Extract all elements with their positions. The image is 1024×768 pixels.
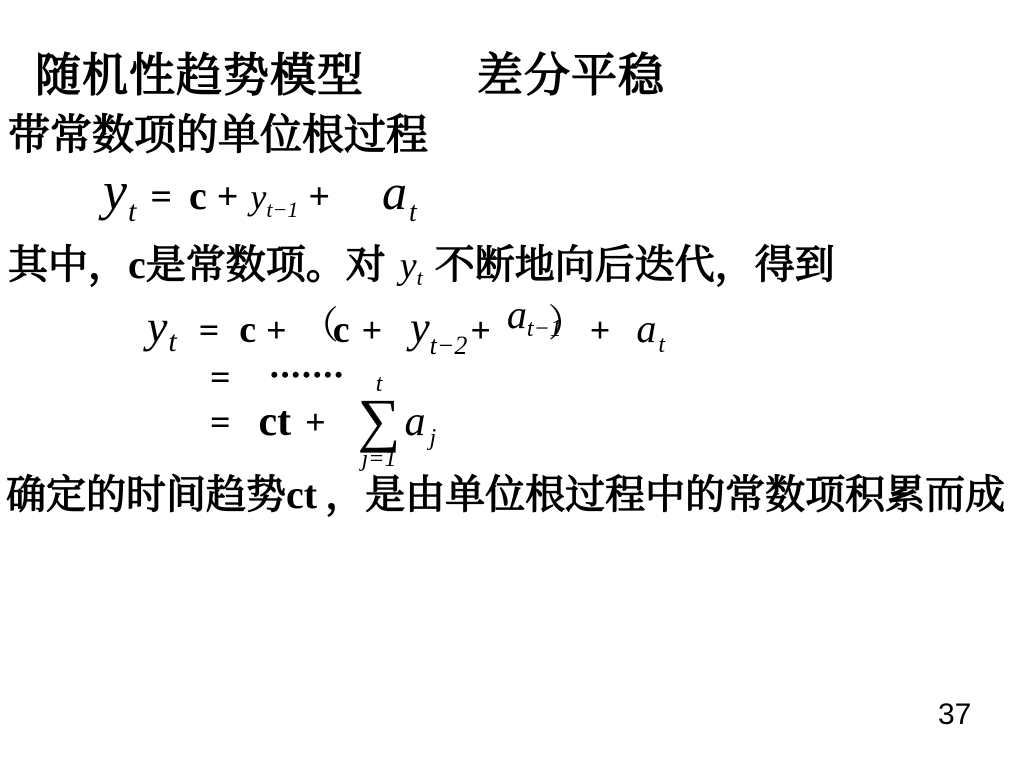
eq2-plus-sign-2: + <box>362 309 383 351</box>
eq1-lag-var: y <box>250 176 266 218</box>
paragraph-iterate: 其中，c是常数项。对yt不断地向后迭代，得到 <box>8 244 835 287</box>
eq2-shock2-var: a <box>636 305 656 352</box>
eq2-plus-sign-1: + <box>266 309 287 351</box>
paragraph-conclusion: 确定的时间趋势ct，是由单位根过程中的常数项积累而成 <box>6 474 1005 516</box>
paragraph-conclusion-comma: ， <box>325 472 365 517</box>
eq1-constant: c <box>189 172 207 219</box>
eq2-shock2-subscript: t <box>658 332 665 359</box>
slide-title-right: 差分平稳 <box>477 52 665 100</box>
eq1-shock-subscript: t <box>409 197 417 229</box>
eq4-trend-term: ct <box>259 398 292 446</box>
equation-trend-sum: = ct + t ∑ j=1 a j <box>210 372 436 471</box>
paragraph-iterate-post: 不断地向后迭代，得到 <box>435 242 835 287</box>
paragraph-conclusion-pre: 确定的时间趋势 <box>6 472 286 517</box>
paragraph-iterate-constant: c <box>128 242 146 287</box>
summation-lower-limit: j=1 <box>362 447 397 471</box>
eq1-plus-sign-2: + <box>308 175 330 219</box>
eq4-term-var: a <box>404 398 425 446</box>
slide: 随机性趋势模型 差分平稳 带常数项的单位根过程 y t = c + y t−1 … <box>0 0 1024 768</box>
eq2-shock1-var: a <box>507 291 527 338</box>
eq4-equals-sign: = <box>210 401 231 443</box>
summation-symbol: t ∑ j=1 <box>358 372 401 471</box>
paragraph-conclusion-post: 是由单位根过程中的常数项积累而成 <box>365 472 1005 517</box>
sigma-icon: ∑ <box>358 396 401 445</box>
paragraph-conclusion-trend: ct <box>286 472 317 517</box>
paragraph-iterate-var: y <box>400 245 417 287</box>
paragraph-iterate-pre: 其中， <box>8 242 128 287</box>
equation-backward-iteration: y t = c + （ c + y t−2 + a t−1 ） + a t <box>147 298 665 353</box>
eq4-term-group: a j <box>404 398 436 446</box>
eq1-lhs-subscript: t <box>128 195 136 229</box>
eq2-lag-var: y <box>410 302 430 353</box>
eq1-lhs-var: y <box>103 160 127 222</box>
eq1-shock-var: a <box>382 163 407 221</box>
eq1-lag-subscript: t−1 <box>266 197 298 223</box>
eq2-lhs-var: y <box>147 300 167 353</box>
paragraph-iterate-mid: 是常数项。对 <box>146 242 386 287</box>
slide-title-left: 随机性趋势模型 <box>35 52 364 100</box>
eq2-lag-subscript: t−2 <box>430 331 468 361</box>
eq2-plus-sign-4: + <box>590 309 611 351</box>
eq2-equals-sign: = <box>199 309 220 351</box>
eq2-open-paren: （ <box>301 294 339 349</box>
eq2-lhs-subscript: t <box>168 325 176 359</box>
eq2-close-paren: ） <box>548 292 586 347</box>
page-number: 37 <box>938 698 971 732</box>
paragraph-iterate-var-subscript: t <box>417 265 423 290</box>
eq2-constant-1: c <box>239 308 256 352</box>
equation-unit-root-with-constant: y t = c + y t−1 + a t <box>103 160 417 222</box>
eq4-term-subscript: j <box>429 425 436 452</box>
eq1-plus-sign-1: + <box>217 175 239 219</box>
eq4-plus-sign: + <box>305 401 326 443</box>
slide-subtitle: 带常数项的单位根过程 <box>8 114 428 158</box>
eq2-plus-sign-3: + <box>470 309 491 351</box>
eq1-equals-sign: = <box>150 175 172 219</box>
